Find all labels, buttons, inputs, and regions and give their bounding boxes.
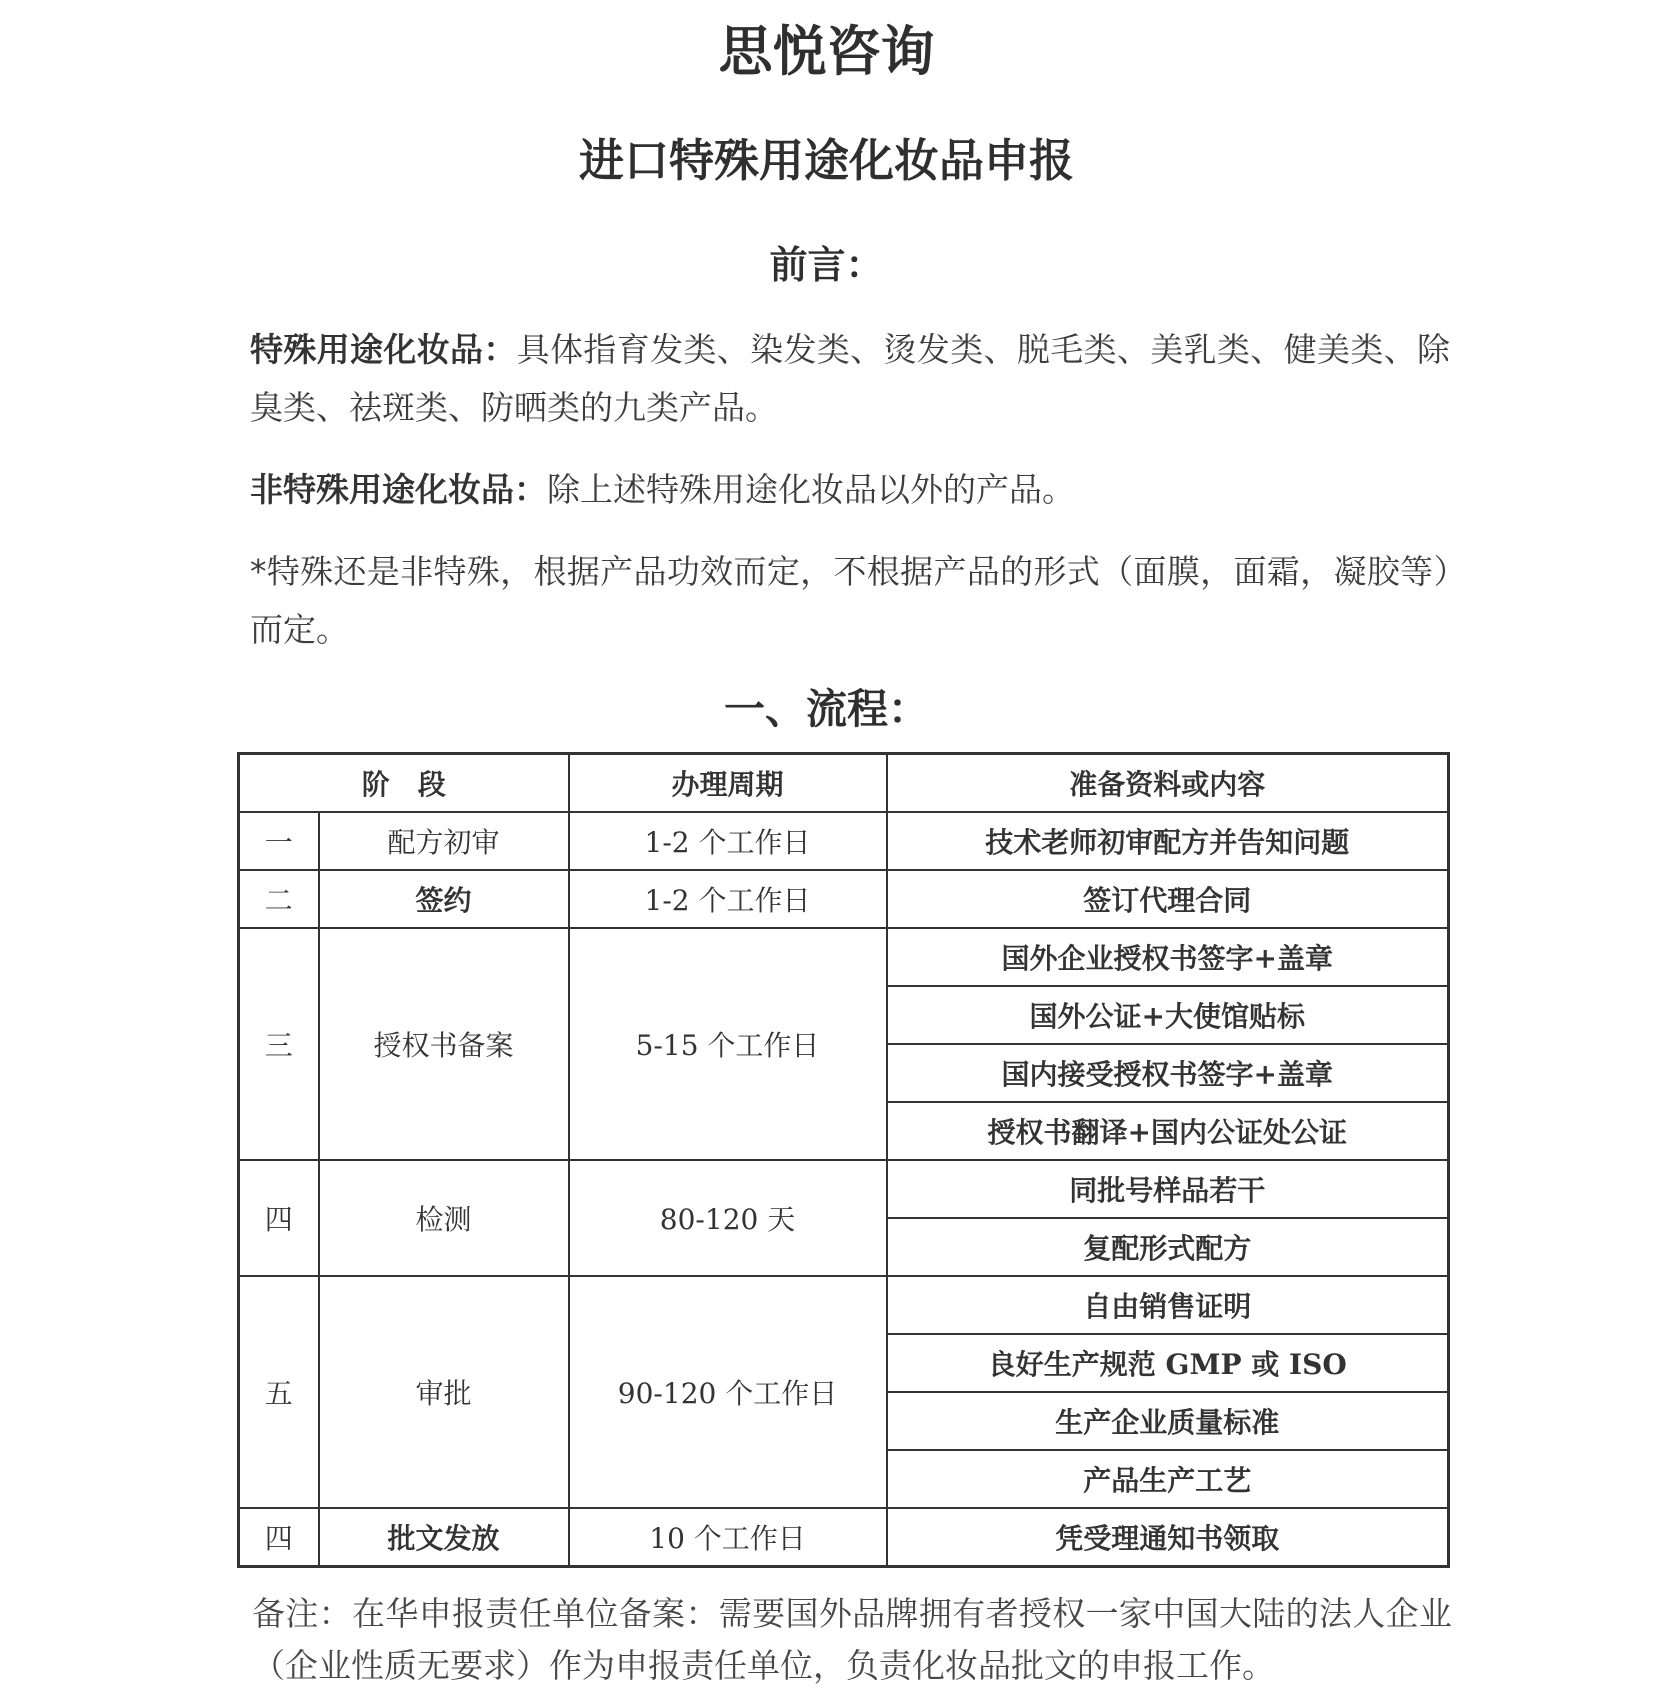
header-cell-materials: 准备资料或内容 xyxy=(887,754,1449,813)
content-cell: 同批号样品若干 xyxy=(887,1160,1449,1218)
content-cell: 国外公证+大使馆贴标 xyxy=(887,986,1449,1044)
content-cell: 良好生产规范 GMP 或 ISO xyxy=(887,1334,1449,1392)
content-cell: 生产企业质量标准 xyxy=(887,1392,1449,1450)
process-table: 阶 段 办理周期 准备资料或内容 一 配方初审 1-2 个工作日 技术老师初审配… xyxy=(237,752,1450,1568)
stage-number-cell: 三 xyxy=(239,928,319,1160)
content-cell: 国外企业授权书签字+盖章 xyxy=(887,928,1449,986)
stage-number-cell: 四 xyxy=(239,1508,319,1567)
page-subtitle: 进口特殊用途化妆品申报 xyxy=(0,134,1653,188)
table-row: 四 批文发放 10 个工作日 凭受理通知书领取 xyxy=(239,1508,1449,1567)
paragraph-special-cosmetics-lead: 特殊用途化妆品： xyxy=(250,330,517,369)
stage-name-cell: 签约 xyxy=(319,870,569,928)
content-cell: 产品生产工艺 xyxy=(887,1450,1449,1508)
table-row: 五 审批 90-120 个工作日 自由销售证明 xyxy=(239,1276,1449,1334)
stage-name-cell: 检测 xyxy=(319,1160,569,1276)
content-cell: 凭受理通知书领取 xyxy=(887,1508,1449,1567)
period-cell: 90-120 个工作日 xyxy=(569,1276,887,1508)
preface-heading: 前言： xyxy=(0,242,1653,288)
content-cell: 自由销售证明 xyxy=(887,1276,1449,1334)
stage-name-cell: 授权书备案 xyxy=(319,928,569,1160)
content-cell: 技术老师初审配方并告知问题 xyxy=(887,812,1449,870)
paragraph-non-special-cosmetics-lead: 非特殊用途化妆品： xyxy=(250,470,547,509)
stage-number-cell: 一 xyxy=(239,812,319,870)
table-header-row: 阶 段 办理周期 准备资料或内容 xyxy=(239,754,1449,813)
stage-name-cell: 配方初审 xyxy=(319,812,569,870)
content-cell: 复配形式配方 xyxy=(887,1218,1449,1276)
table-row: 三 授权书备案 5-15 个工作日 国外企业授权书签字+盖章 xyxy=(239,928,1449,986)
note-text: 备注：在华申报责任单位备案：需要国外品牌拥有者授权一家中国大陆的法人企业（企业性… xyxy=(252,1588,1452,1692)
content-cell: 国内接受授权书签字+盖章 xyxy=(887,1044,1449,1102)
stage-name-cell: 批文发放 xyxy=(319,1508,569,1567)
stage-number-cell: 二 xyxy=(239,870,319,928)
period-cell: 10 个工作日 xyxy=(569,1508,887,1567)
stage-name-cell: 审批 xyxy=(319,1276,569,1508)
paragraph-classification-note-text: *特殊还是非特殊，根据产品功效而定，不根据产品的形式（面膜，面霜，凝胶等）而定。 xyxy=(250,552,1450,649)
period-cell: 1-2 个工作日 xyxy=(569,812,887,870)
period-cell: 5-15 个工作日 xyxy=(569,928,887,1160)
paragraph-non-special-cosmetics: 非特殊用途化妆品：除上述特殊用途化妆品以外的产品。 xyxy=(250,461,1450,519)
content-cell: 授权书翻译+国内公证处公证 xyxy=(887,1102,1449,1160)
header-cell-stage: 阶 段 xyxy=(239,754,569,813)
stage-number-cell: 四 xyxy=(239,1160,319,1276)
paragraph-classification-note: *特殊还是非特殊，根据产品功效而定，不根据产品的形式（面膜，面霜，凝胶等）而定。 xyxy=(250,543,1450,659)
section-heading-process: 一、流程： xyxy=(0,685,1653,734)
paragraph-special-cosmetics: 特殊用途化妆品：具体指育发类、染发类、烫发类、脱毛类、美乳类、健美类、除臭类、祛… xyxy=(250,321,1450,437)
table-row: 四 检测 80-120 天 同批号样品若干 xyxy=(239,1160,1449,1218)
paragraph-non-special-cosmetics-text: 除上述特殊用途化妆品以外的产品。 xyxy=(547,470,1075,509)
content-cell: 签订代理合同 xyxy=(887,870,1449,928)
stage-number-cell: 五 xyxy=(239,1276,319,1508)
page-title: 思悦咨询 xyxy=(0,18,1653,86)
period-cell: 1-2 个工作日 xyxy=(569,870,887,928)
header-cell-period: 办理周期 xyxy=(569,754,887,813)
table-row: 一 配方初审 1-2 个工作日 技术老师初审配方并告知问题 xyxy=(239,812,1449,870)
period-cell: 80-120 天 xyxy=(569,1160,887,1276)
table-row: 二 签约 1-2 个工作日 签订代理合同 xyxy=(239,870,1449,928)
document-page: 思悦咨询 进口特殊用途化妆品申报 前言： 特殊用途化妆品：具体指育发类、染发类、… xyxy=(0,0,1653,1705)
